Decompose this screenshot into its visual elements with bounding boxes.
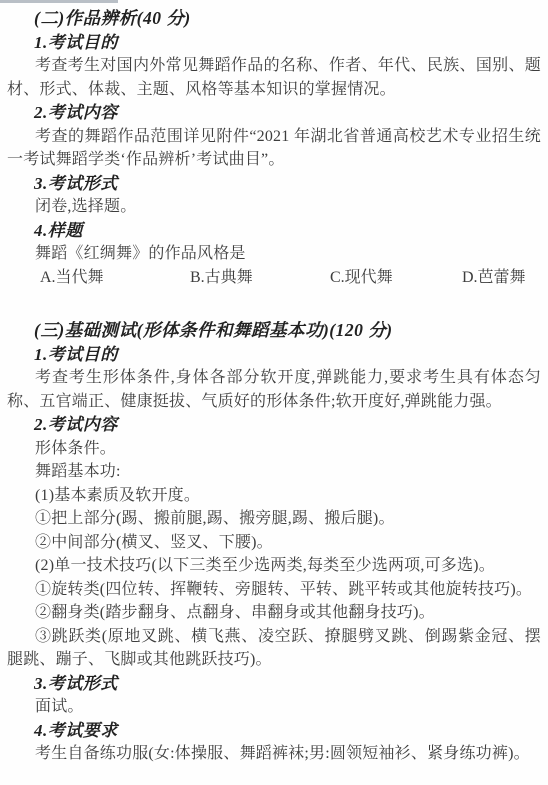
subsection-heading: 4.样题 — [7, 219, 541, 243]
paragraph: (1)基本素质及软开度。 — [7, 484, 541, 508]
paragraph: ③跳跃类(原地叉跳、横飞燕、凌空跃、撩腿劈叉跳、倒踢紫金冠、摆腿跳、蹦子、飞脚或… — [7, 625, 541, 672]
paragraph: 闭卷,选择题。 — [7, 195, 541, 219]
paragraph: 形体条件。 — [7, 437, 541, 461]
section-heading: (二)作品辨析(40 分) — [7, 7, 541, 31]
paragraph: 舞蹈基本功: — [7, 460, 541, 484]
paragraph: 舞蹈《红绸舞》的作品风格是 — [7, 242, 541, 266]
subsection-heading: 1.考试目的 — [7, 31, 541, 55]
paragraph: 考查的舞蹈作品范围详见附件“2021 年湖北省普通高校艺术专业招生统一考试舞蹈学… — [7, 125, 541, 172]
paragraph: ②翻身类(踏步翻身、点翻身、串翻身或其他翻身技巧)。 — [7, 601, 541, 625]
paragraph: 考查考生对国内外常见舞蹈作品的名称、作者、年代、民族、国别、题材、形式、体裁、主… — [7, 54, 541, 101]
document-page: (二)作品辨析(40 分)1.考试目的考查考生对国内外常见舞蹈作品的名称、作者、… — [0, 0, 548, 785]
option-d: D.芭蕾舞 — [462, 266, 526, 290]
section-gap — [7, 289, 541, 319]
paragraph: (2)单一技术技巧(以下三类至少选两类,每类至少选两项,可多选)。 — [7, 554, 541, 578]
subsection-heading: 1.考试目的 — [7, 343, 541, 367]
option-b: B.古典舞 — [190, 266, 330, 290]
scan-artifact — [0, 0, 118, 3]
option-c: C.现代舞 — [330, 266, 462, 290]
subsection-heading: 3.考试形式 — [7, 672, 541, 696]
paragraph: ①把上部分(踢、搬前腿,踢、搬旁腿,踢、搬后腿)。 — [7, 507, 541, 531]
subsection-heading: 2.考试内容 — [7, 413, 541, 437]
document-body: (二)作品辨析(40 分)1.考试目的考查考生对国内外常见舞蹈作品的名称、作者、… — [7, 7, 541, 766]
subsection-heading: 4.考试要求 — [7, 719, 541, 743]
paragraph: ①旋转类(四位转、挥鞭转、旁腿转、平转、跳平转或其他旋转技巧)。 — [7, 578, 541, 602]
option-a: A.当代舞 — [40, 266, 190, 290]
subsection-heading: 2.考试内容 — [7, 101, 541, 125]
section-heading: (三)基础测试(形体条件和舞蹈基本功)(120 分) — [7, 319, 541, 343]
paragraph: 考查考生形体条件,身体各部分软开度,弹跳能力,要求考生具有体态匀称、五官端正、健… — [7, 366, 541, 413]
subsection-heading: 3.考试形式 — [7, 172, 541, 196]
paragraph: 考生自备练功服(女:体操服、舞蹈裤袜;男:圆领短袖衫、紧身练功裤)。 — [7, 742, 541, 766]
sample-question-options: A.当代舞B.古典舞C.现代舞D.芭蕾舞 — [7, 266, 541, 290]
paragraph: 面试。 — [7, 695, 541, 719]
paragraph: ②中间部分(横叉、竖叉、下腰)。 — [7, 531, 541, 555]
